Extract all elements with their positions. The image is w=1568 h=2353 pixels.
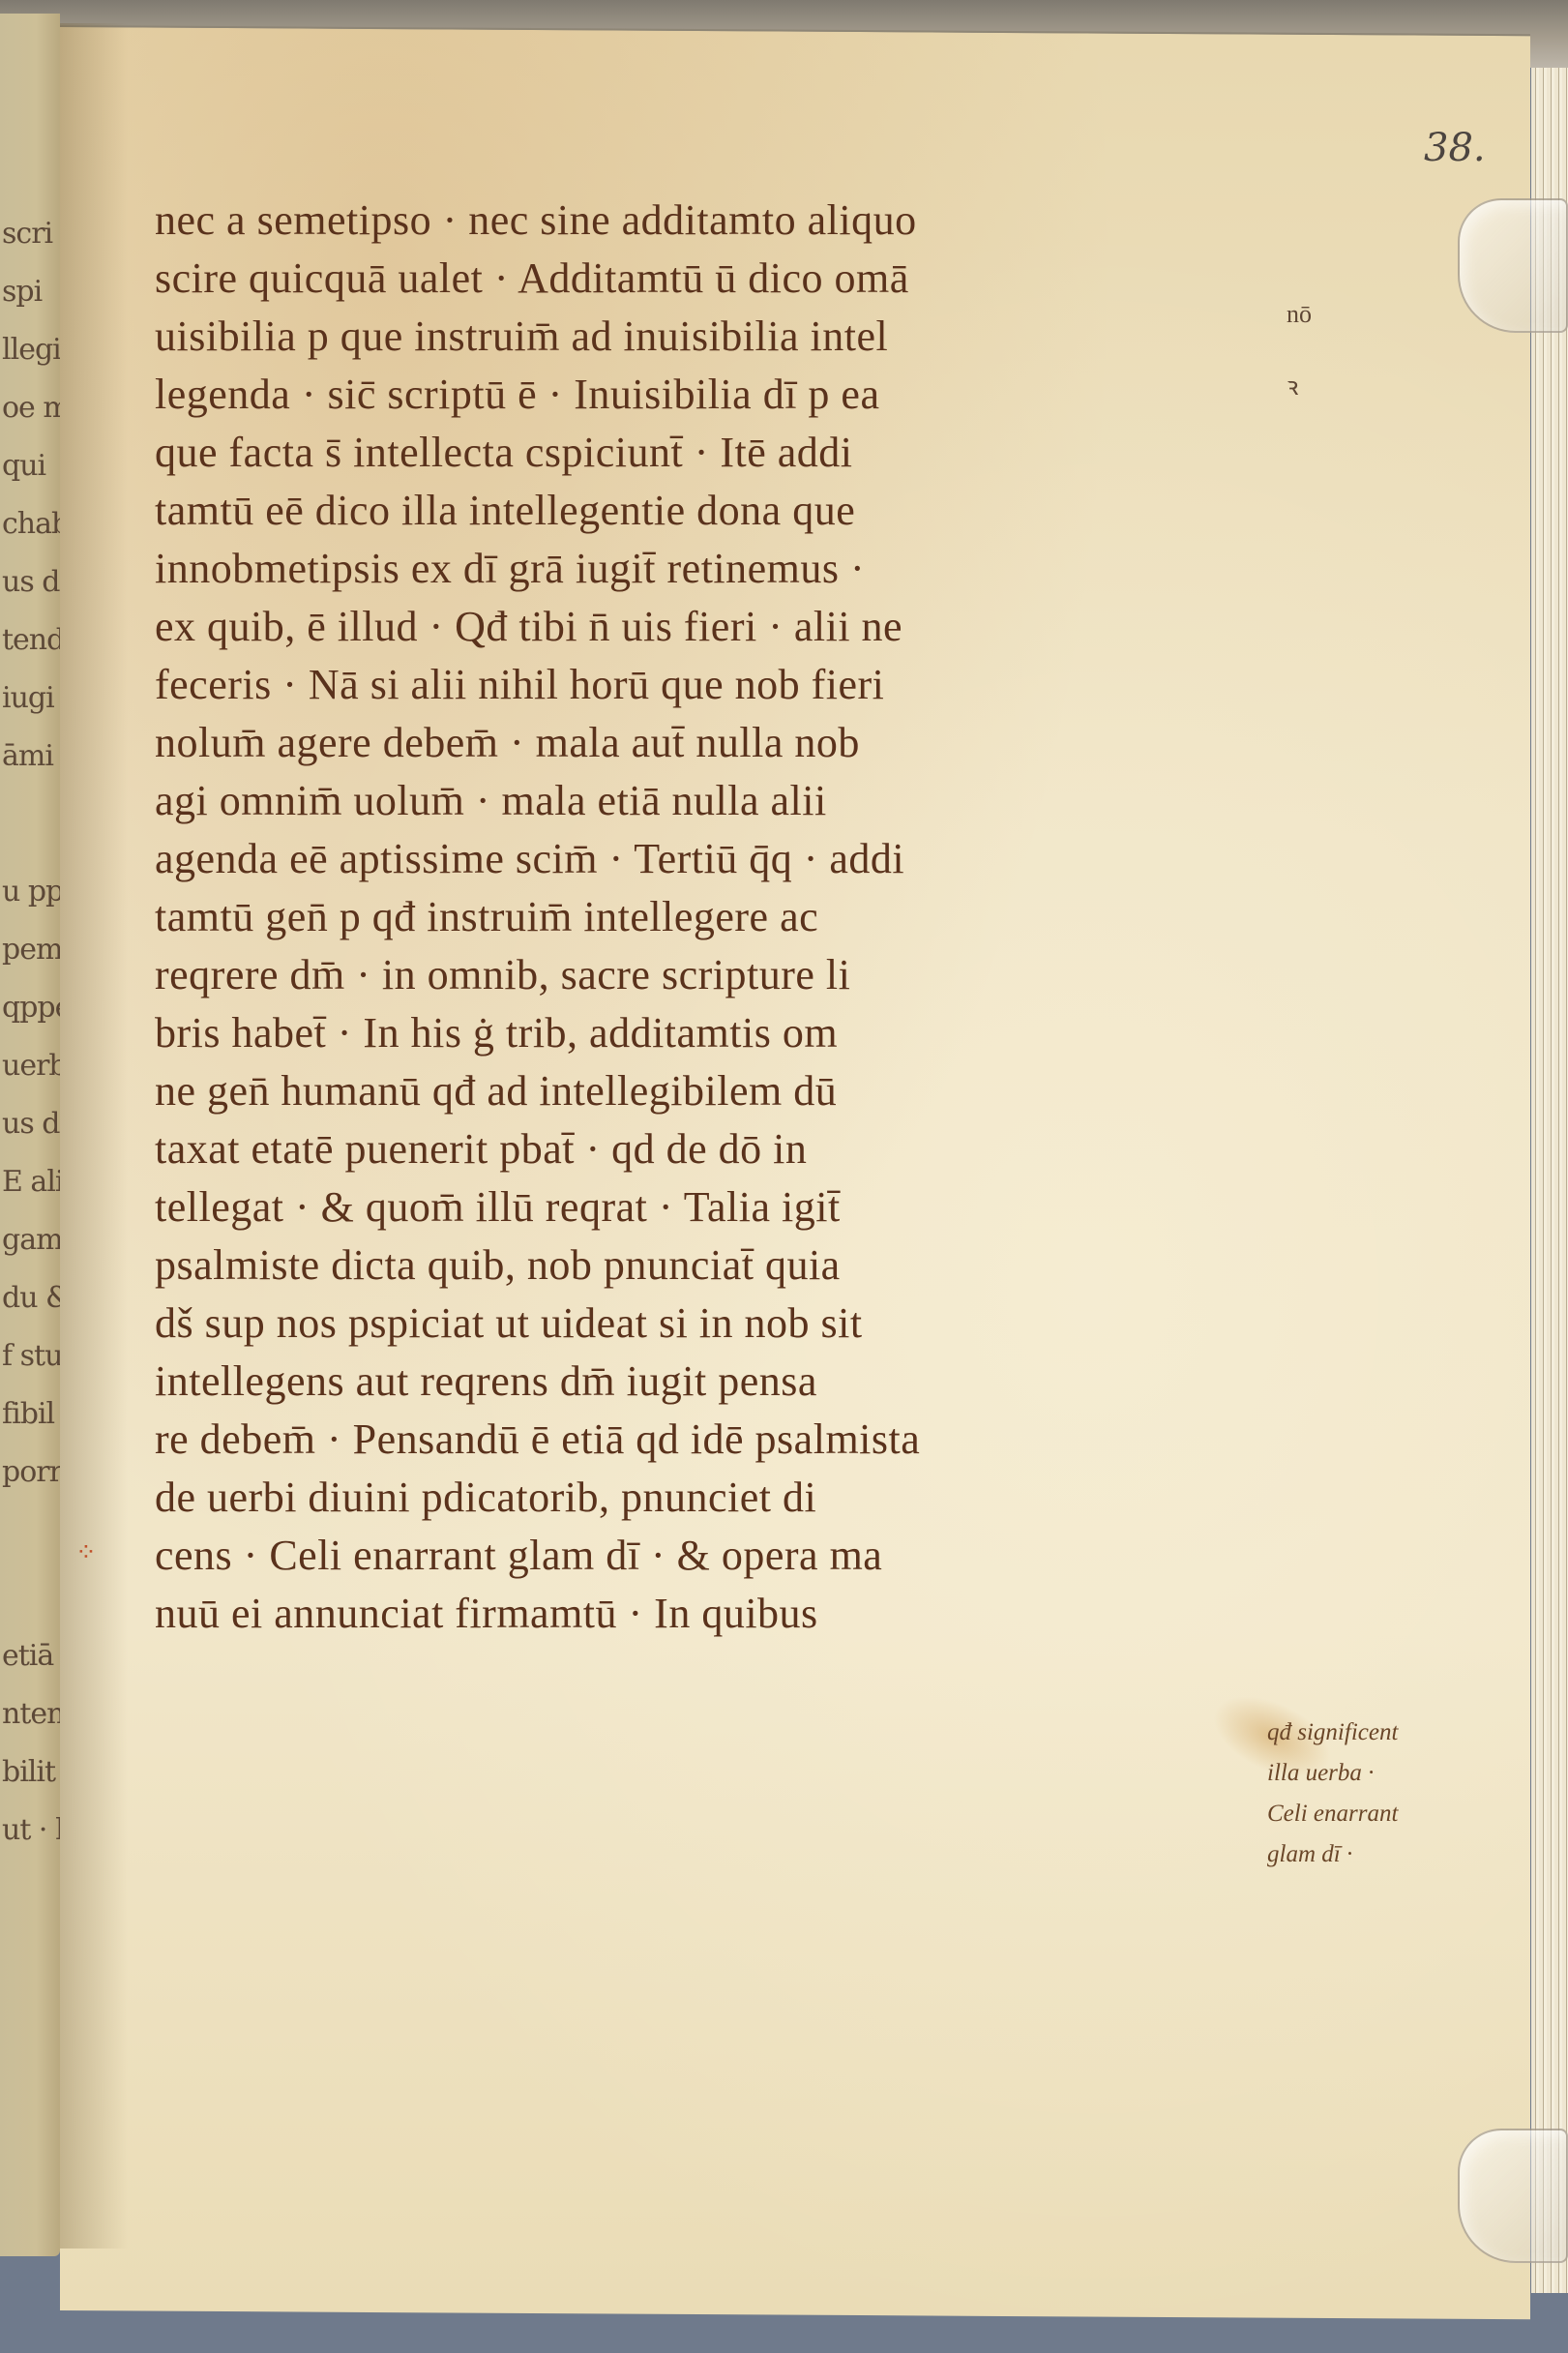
marginal-sigla: nō ꝛ xyxy=(1287,300,1312,402)
fragment: spi xyxy=(2,275,42,309)
fragment: f stud xyxy=(2,1339,60,1373)
text-line: agi omnim̄ uolum̄ · mala etiā nulla alii xyxy=(155,772,1257,830)
text-line: cens · Celi enarrant glam dī · & opera m… xyxy=(155,1527,1257,1585)
marginal-gloss: qđ significent illa uerba · Celi enarran… xyxy=(1267,1713,1519,1875)
fragment: us di xyxy=(2,1107,60,1141)
gloss-line: glam dī · xyxy=(1267,1834,1519,1875)
gloss-line: Celi enarrant xyxy=(1267,1794,1519,1834)
text-line: feceris · Nā si alii nihil horū que nob … xyxy=(155,656,1257,714)
fragment: bilit xyxy=(2,1755,55,1789)
text-line: intellegens aut reqrens dm̄ iugit pensa xyxy=(155,1353,1257,1411)
gloss-line: qđ significent xyxy=(1267,1713,1519,1753)
fragment: oe m xyxy=(2,391,60,425)
fragment: āmi xyxy=(2,739,53,773)
rubric-mark: ⁘ xyxy=(75,1538,99,1567)
fragment: ut · h xyxy=(2,1813,60,1847)
text-line: agenda eē aptissime scim̄ · Tertiū q̄q ·… xyxy=(155,830,1257,888)
sigla-mark: ꝛ xyxy=(1287,368,1312,402)
previous-page-edge: scri spi llegi oe m qui chab us di tendi… xyxy=(0,14,60,2256)
text-line: legenda · sic̄ scriptū ē · Inuisibilia d… xyxy=(155,366,1257,424)
text-line: re debem̄ · Pensandū ē etiā qd idē psalm… xyxy=(155,1411,1257,1469)
folio-number: 38. xyxy=(1424,126,1486,170)
text-line: tellegat · & quom̄ illū reqrat · Talia i… xyxy=(155,1178,1257,1236)
main-text-column: nec a semetipso · nec sine additamto ali… xyxy=(155,192,1257,1643)
fragment: etiā n xyxy=(2,1639,60,1673)
text-line: tamtū gen̄ p qđ instruim̄ intellegere ac xyxy=(155,888,1257,946)
fragment: E aliq xyxy=(2,1165,60,1199)
lower-clasp xyxy=(1458,2129,1568,2263)
text-line: nolum̄ agere debem̄ · mala aut̄ nulla no… xyxy=(155,714,1257,772)
fragment: chab xyxy=(2,507,60,541)
fragment: qppe xyxy=(2,991,60,1025)
fragment: porre xyxy=(2,1455,60,1489)
fragment: tendi xyxy=(2,623,60,657)
text-line: ex quib, ē illud · Qđ tibi n̄ uis fieri … xyxy=(155,598,1257,656)
text-line: psalmiste dicta quib, nob pnunciat̄ quia xyxy=(155,1236,1257,1295)
fragment: qui xyxy=(2,449,45,483)
fragment: iugi xyxy=(2,681,54,715)
fragment: fibil xyxy=(2,1397,54,1431)
text-line: tamtū eē dico illa intellegentie dona qu… xyxy=(155,482,1257,540)
page-edges xyxy=(1531,68,1568,2293)
fragment: du & xyxy=(2,1281,60,1315)
fragment: uerb xyxy=(2,1049,60,1083)
text-line: scire quicquā ualet · Additamtū ū dico o… xyxy=(155,250,1257,308)
sigla-nota: nō xyxy=(1287,300,1312,329)
text-line: que facta s̄ intellecta cspiciunt̄ · Itē… xyxy=(155,424,1257,482)
text-line: ne gen̄ humanū qđ ad intellegibilem dū xyxy=(155,1062,1257,1120)
fragment: llegi xyxy=(2,333,60,367)
text-line: de uerbi diuini pdicatorib, pnunciet di xyxy=(155,1469,1257,1527)
text-line: nec a semetipso · nec sine additamto ali… xyxy=(155,192,1257,250)
text-line: innobmetipsis ex dī grā iugit̄ retinemus… xyxy=(155,540,1257,598)
text-line: reqrere dm̄ · in omnib, sacre scripture … xyxy=(155,946,1257,1004)
text-line: uisibilia p que instruim̄ ad inuisibilia… xyxy=(155,308,1257,366)
text-line: bris habet̄ · In his ġ trib, additamtis … xyxy=(155,1004,1257,1062)
text-line: nuū ei annunciat firmamtū · In quibus xyxy=(155,1585,1257,1643)
fragment: scri xyxy=(2,217,52,251)
text-line: taxat etatē puenerit pbat̄ · qd de dō in xyxy=(155,1120,1257,1178)
fragment: pem xyxy=(2,933,60,967)
fragment: u pp xyxy=(2,875,60,908)
fragment: us di xyxy=(2,565,60,599)
fragment: ntend xyxy=(2,1697,60,1731)
gloss-line: illa uerba · xyxy=(1267,1753,1519,1794)
fragment: gam & xyxy=(2,1223,60,1257)
upper-clasp xyxy=(1458,198,1568,333)
text-line: dš sup nos pspiciat ut uideat si in nob … xyxy=(155,1295,1257,1353)
